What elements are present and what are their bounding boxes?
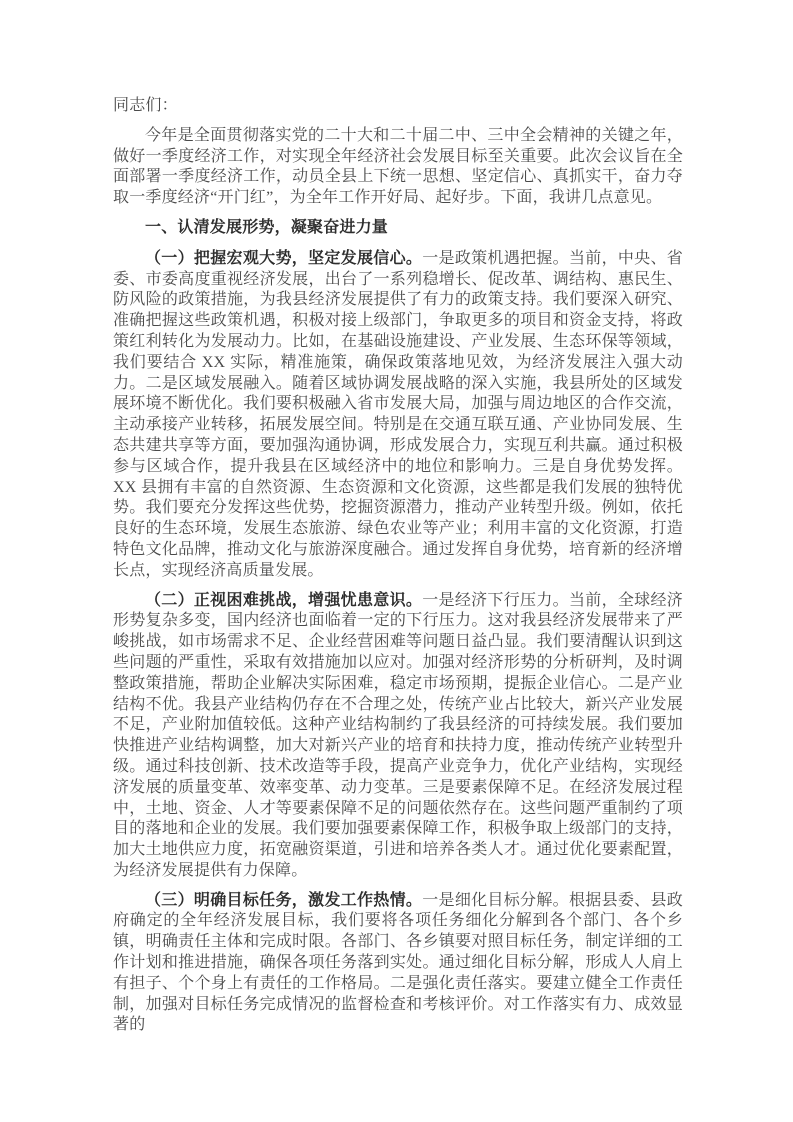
- section-heading-1: 一、认清发展形势，凝聚奋进力量: [113, 218, 683, 239]
- paragraph-3-body: 一是细化目标分解。根据县委、县政府确定的全年经济发展目标，我们要将各项任务细化分…: [113, 892, 683, 1034]
- paragraph-3-lead: （三）明确目标任务，激发工作热情。: [145, 892, 422, 909]
- paragraph-2-body: 一是经济下行压力。当前，全球经济形势复杂多变，国内经济也面临着一定的下行压力。这…: [113, 592, 683, 879]
- paragraph-3: （三）明确目标任务，激发工作热情。一是细化目标分解。根据县委、县政府确定的全年经…: [113, 891, 683, 1037]
- paragraph-1: （一）把握宏观大势，坚定发展信心。一是政策机遇把握。当前，中央、省委、市委高度重…: [113, 249, 683, 582]
- salutation: 同志们：: [113, 96, 683, 117]
- intro-paragraph: 今年是全面贯彻落实党的二十大和二十届二中、三中全会精神的关键之年，做好一季度经济…: [113, 126, 683, 209]
- paragraph-1-lead: （一）把握宏观大势，坚定发展信心。: [145, 250, 422, 267]
- document-page: 同志们： 今年是全面贯彻落实党的二十大和二十届二中、三中全会精神的关键之年，做好…: [0, 0, 793, 1122]
- paragraph-2: （二）正视困难挑战，增强忧患意识。一是经济下行压力。当前，全球经济形势复杂多变，…: [113, 591, 683, 882]
- paragraph-1-body: 一是政策机遇把握。当前，中央、省委、市委高度重视经济发展，出台了一系列稳增长、促…: [113, 250, 683, 579]
- paragraph-2-lead: （二）正视困难挑战，增强忧患意识。: [145, 592, 422, 609]
